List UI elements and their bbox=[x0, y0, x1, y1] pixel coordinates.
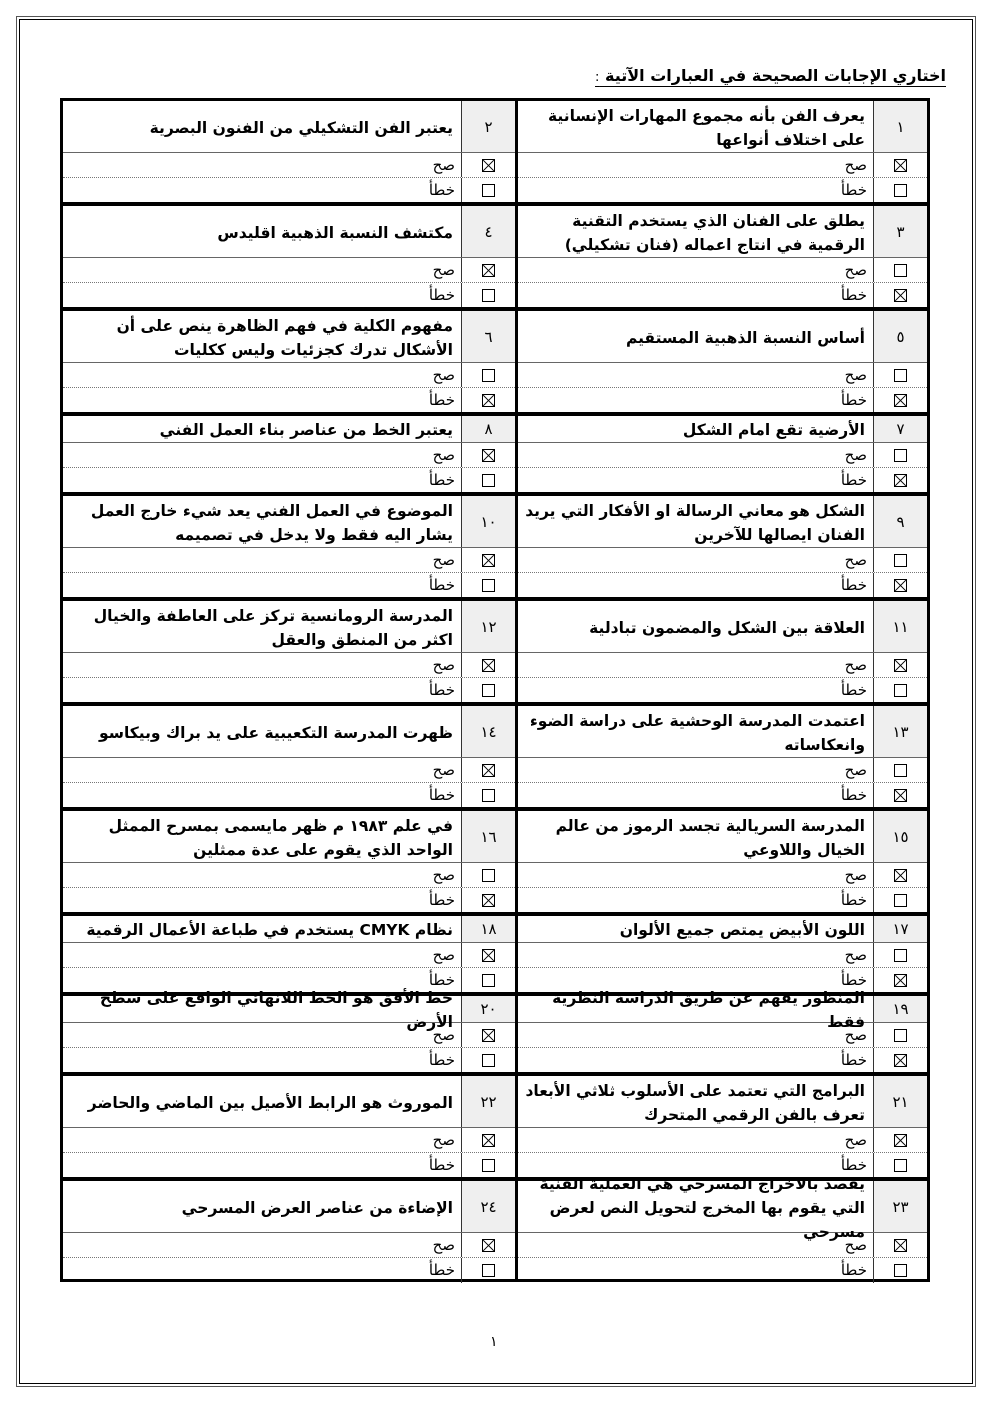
empty-checkbox-icon[interactable] bbox=[894, 949, 907, 962]
option-false-row[interactable]: خطأ bbox=[514, 1258, 927, 1283]
empty-checkbox-icon[interactable] bbox=[482, 789, 495, 802]
question-number: ١٠ bbox=[461, 496, 515, 547]
checkbox-cell[interactable] bbox=[873, 468, 927, 493]
question-text: الأرضية تقع امام الشكل bbox=[514, 416, 873, 442]
question-block: ٢٠خط الأفق هو الخط اللانهائي الواقع على … bbox=[63, 992, 515, 1073]
question-row: ٣يطلق على الفنان الذي يستخدم التقنية الر… bbox=[514, 206, 927, 258]
checked-checkbox-icon[interactable] bbox=[482, 1029, 495, 1042]
question-row: ١١العلاقة بين الشكل والمضمون تبادلية bbox=[514, 601, 927, 653]
option-true-label: صح bbox=[514, 1023, 873, 1047]
option-false-label: خطأ bbox=[63, 1048, 461, 1073]
checkbox-cell[interactable] bbox=[461, 1153, 515, 1178]
option-false-label: خطأ bbox=[63, 283, 461, 308]
question-statement: يعرف الفن بأنه مجموع المهارات الإنسانية … bbox=[522, 104, 865, 152]
question-number: ١٥ bbox=[873, 811, 927, 862]
question-block: ١٧اللون الأبيض يمتص جميع الألوانصحخطأ bbox=[514, 912, 927, 993]
question-row: ٢٣يقصد بالاخراج المسرحي هي العملية الفني… bbox=[514, 1181, 927, 1233]
option-false-label: خطأ bbox=[514, 468, 873, 493]
question-block: ٢٢الموروث هو الرابط الأصيل بين الماضي وا… bbox=[63, 1072, 515, 1178]
option-false-row[interactable]: خطأ bbox=[63, 573, 515, 598]
empty-checkbox-icon[interactable] bbox=[894, 894, 907, 907]
checked-checkbox-icon[interactable] bbox=[894, 289, 907, 302]
question-block: ١٣اعتمدت المدرسة الوحشية على دراسة الضوء… bbox=[514, 702, 927, 808]
question-block: ١٤ظهرت المدرسة التكعيبية على يد براك وبي… bbox=[63, 702, 515, 808]
option-true-label: صح bbox=[514, 758, 873, 782]
question-statement: يعتبر الخط من عناصر بناء العمل الفني bbox=[71, 418, 453, 442]
option-true-row[interactable]: صح bbox=[514, 653, 927, 678]
title-colon: : bbox=[595, 70, 599, 85]
question-block: ٢٤الإضاءة من عناصر العرض المسرحيصحخطأ bbox=[63, 1177, 515, 1283]
option-true-label: صح bbox=[514, 863, 873, 887]
option-false-label: خطأ bbox=[514, 573, 873, 598]
empty-checkbox-icon[interactable] bbox=[482, 369, 495, 382]
option-true-label: صح bbox=[63, 1128, 461, 1152]
option-true-label: صح bbox=[63, 758, 461, 782]
question-number: ١٦ bbox=[461, 811, 515, 862]
option-true-label: صح bbox=[514, 1128, 873, 1152]
checkbox-cell[interactable] bbox=[461, 283, 515, 308]
checked-checkbox-icon[interactable] bbox=[482, 1134, 495, 1147]
checkbox-cell[interactable] bbox=[461, 888, 515, 913]
option-false-label: خطأ bbox=[514, 178, 873, 203]
question-block: ٥أساس النسبة الذهبية المستقيمصحخطأ bbox=[514, 307, 927, 413]
checkbox-cell[interactable] bbox=[461, 1258, 515, 1283]
question-statement: يطلق على الفنان الذي يستخدم التقنية الرق… bbox=[522, 209, 865, 257]
checkbox-cell[interactable] bbox=[461, 468, 515, 493]
page-number: ١ bbox=[490, 1334, 498, 1350]
question-text: نظام CMYK يستخدم في طباعة الأعمال الرقمي… bbox=[63, 916, 461, 942]
checkbox-cell[interactable] bbox=[873, 1233, 927, 1257]
checkbox-cell[interactable] bbox=[873, 573, 927, 598]
page-title: اختاري الإجابات الصحيحة في العبارات الآت… bbox=[595, 66, 946, 85]
checked-checkbox-icon[interactable] bbox=[482, 159, 495, 172]
question-row: ٢٠خط الأفق هو الخط اللانهائي الواقع على … bbox=[63, 996, 515, 1023]
empty-checkbox-icon[interactable] bbox=[482, 184, 495, 197]
option-false-label: خطأ bbox=[63, 783, 461, 808]
checkbox-cell[interactable] bbox=[461, 443, 515, 467]
option-true-label: صح bbox=[63, 443, 461, 467]
question-block: ٤مكتشف النسبة الذهبية اقليدسصحخطأ bbox=[63, 202, 515, 308]
option-true-row[interactable]: صح bbox=[514, 1128, 927, 1153]
option-false-row[interactable]: خطأ bbox=[514, 783, 927, 808]
option-false-row[interactable]: خطأ bbox=[63, 1048, 515, 1073]
checked-checkbox-icon[interactable] bbox=[482, 659, 495, 672]
empty-checkbox-icon[interactable] bbox=[894, 1264, 907, 1277]
question-block: ١٥المدرسة السريالية تجسد الرموز من عالم … bbox=[514, 807, 927, 913]
checkbox-cell[interactable] bbox=[873, 258, 927, 282]
option-true-label: صح bbox=[63, 258, 461, 282]
option-false-label: خطأ bbox=[63, 678, 461, 703]
question-number: ١٧ bbox=[873, 916, 927, 942]
checkbox-cell[interactable] bbox=[461, 758, 515, 782]
question-text: المدرسة السريالية تجسد الرموز من عالم ال… bbox=[514, 811, 873, 862]
checkbox-cell[interactable] bbox=[873, 1128, 927, 1152]
question-row: ١٧اللون الأبيض يمتص جميع الألوان bbox=[514, 916, 927, 943]
checkbox-cell[interactable] bbox=[873, 548, 927, 572]
option-true-label: صح bbox=[63, 548, 461, 572]
question-text: يطلق على الفنان الذي يستخدم التقنية الرق… bbox=[514, 206, 873, 257]
question-statement: الشكل هو معاني الرسالة او الأفكار التي ي… bbox=[522, 499, 865, 547]
empty-checkbox-icon[interactable] bbox=[482, 579, 495, 592]
question-statement: الموضوع في العمل الفني يعد شيء خارج العم… bbox=[71, 499, 453, 547]
question-block: ٢٣يقصد بالاخراج المسرحي هي العملية الفني… bbox=[514, 1177, 927, 1283]
empty-checkbox-icon[interactable] bbox=[482, 474, 495, 487]
option-true-row[interactable]: صح bbox=[514, 863, 927, 888]
checkbox-cell[interactable] bbox=[461, 258, 515, 282]
question-block: ١٩المنظور يفهم عن طريق الدراسة النظرية ف… bbox=[514, 992, 927, 1073]
question-row: ١٢المدرسة الرومانسية تركز على العاطفة وا… bbox=[63, 601, 515, 653]
question-row: ٥أساس النسبة الذهبية المستقيم bbox=[514, 311, 927, 363]
question-row: ٨يعتبر الخط من عناصر بناء العمل الفني bbox=[63, 416, 515, 443]
question-number: ٦ bbox=[461, 311, 515, 362]
question-number: ٢٤ bbox=[461, 1181, 515, 1232]
checked-checkbox-icon[interactable] bbox=[482, 394, 495, 407]
empty-checkbox-icon[interactable] bbox=[894, 1029, 907, 1042]
question-row: ١يعرف الفن بأنه مجموع المهارات الإنسانية… bbox=[514, 101, 927, 153]
question-text: يقصد بالاخراج المسرحي هي العملية الفنية … bbox=[514, 1181, 873, 1232]
option-false-label: خطأ bbox=[514, 783, 873, 808]
checked-checkbox-icon[interactable] bbox=[482, 949, 495, 962]
question-statement: ظهرت المدرسة التكعيبية على يد براك وبيكا… bbox=[71, 721, 453, 745]
empty-checkbox-icon[interactable] bbox=[894, 554, 907, 567]
option-true-row[interactable]: صح bbox=[63, 548, 515, 573]
checkbox-cell[interactable] bbox=[873, 443, 927, 467]
checked-checkbox-icon[interactable] bbox=[482, 264, 495, 277]
title-text: اختاري الإجابات الصحيحة في العبارات الآت… bbox=[605, 66, 946, 85]
question-block: ١٨نظام CMYK يستخدم في طباعة الأعمال الرق… bbox=[63, 912, 515, 993]
question-statement: يعتبر الفن التشكيلي من الفنون البصرية bbox=[71, 116, 453, 140]
option-true-label: صح bbox=[514, 258, 873, 282]
question-text: المنظور يفهم عن طريق الدراسة النظرية فقط bbox=[514, 996, 873, 1022]
true-false-table: ١يعرف الفن بأنه مجموع المهارات الإنسانية… bbox=[60, 98, 930, 1282]
option-false-row[interactable]: خطأ bbox=[63, 888, 515, 913]
checkbox-cell[interactable] bbox=[461, 388, 515, 413]
question-number: ٣ bbox=[873, 206, 927, 257]
option-false-row[interactable]: خطأ bbox=[63, 283, 515, 308]
checkbox-cell[interactable] bbox=[873, 178, 927, 203]
option-true-label: صح bbox=[63, 863, 461, 887]
question-number: ٧ bbox=[873, 416, 927, 442]
question-block: ٢يعتبر الفن التشكيلي من الفنون البصريةصح… bbox=[63, 101, 515, 203]
question-row: ١٥المدرسة السريالية تجسد الرموز من عالم … bbox=[514, 811, 927, 863]
checkbox-cell[interactable] bbox=[873, 153, 927, 177]
question-statement: الموروث هو الرابط الأصيل بين الماضي والح… bbox=[71, 1091, 453, 1115]
empty-checkbox-icon[interactable] bbox=[894, 1159, 907, 1172]
question-statement: العلاقة بين الشكل والمضمون تبادلية bbox=[522, 616, 865, 640]
empty-checkbox-icon[interactable] bbox=[894, 764, 907, 777]
option-true-row[interactable]: صح bbox=[63, 258, 515, 283]
checkbox-cell[interactable] bbox=[461, 153, 515, 177]
checkbox-cell[interactable] bbox=[461, 943, 515, 967]
option-true-label: صح bbox=[514, 943, 873, 967]
checked-checkbox-icon[interactable] bbox=[894, 869, 907, 882]
option-false-row[interactable]: خطأ bbox=[514, 888, 927, 913]
checkbox-cell[interactable] bbox=[461, 548, 515, 572]
checkbox-cell[interactable] bbox=[873, 363, 927, 387]
question-row: ٢يعتبر الفن التشكيلي من الفنون البصرية bbox=[63, 101, 515, 153]
question-row: ١٦في علم ١٩٨٣ م ظهر مايسمى بمسرح الممثل … bbox=[63, 811, 515, 863]
question-text: في علم ١٩٨٣ م ظهر مايسمى بمسرح الممثل ال… bbox=[63, 811, 461, 862]
option-true-row[interactable]: صح bbox=[63, 443, 515, 468]
option-false-label: خطأ bbox=[514, 388, 873, 413]
checkbox-cell[interactable] bbox=[873, 1153, 927, 1178]
checked-checkbox-icon[interactable] bbox=[482, 1239, 495, 1252]
empty-checkbox-icon[interactable] bbox=[894, 684, 907, 697]
question-text: مكتشف النسبة الذهبية اقليدس bbox=[63, 206, 461, 257]
checkbox-cell[interactable] bbox=[461, 1023, 515, 1047]
option-false-row[interactable]: خطأ bbox=[63, 678, 515, 703]
question-statement: اللون الأبيض يمتص جميع الألوان bbox=[522, 918, 865, 942]
empty-checkbox-icon[interactable] bbox=[894, 264, 907, 277]
checked-checkbox-icon[interactable] bbox=[482, 554, 495, 567]
option-true-label: صح bbox=[514, 548, 873, 572]
checked-checkbox-icon[interactable] bbox=[894, 1054, 907, 1067]
question-row: ١٤ظهرت المدرسة التكعيبية على يد براك وبي… bbox=[63, 706, 515, 758]
option-true-row[interactable]: صح bbox=[63, 653, 515, 678]
question-number: ٢٠ bbox=[461, 996, 515, 1022]
option-true-row[interactable]: صح bbox=[514, 943, 927, 968]
checkbox-cell[interactable] bbox=[873, 1048, 927, 1073]
empty-checkbox-icon[interactable] bbox=[482, 974, 495, 987]
checked-checkbox-icon[interactable] bbox=[894, 1239, 907, 1252]
question-number: ١٢ bbox=[461, 601, 515, 652]
option-true-label: صح bbox=[63, 1023, 461, 1047]
checkbox-cell[interactable] bbox=[873, 783, 927, 808]
checkbox-cell[interactable] bbox=[873, 943, 927, 967]
option-false-row[interactable]: خطأ bbox=[514, 1048, 927, 1073]
option-false-row[interactable]: خطأ bbox=[63, 178, 515, 203]
option-true-row[interactable]: صح bbox=[63, 153, 515, 178]
question-row: ١٨نظام CMYK يستخدم في طباعة الأعمال الرق… bbox=[63, 916, 515, 943]
option-true-label: صح bbox=[63, 943, 461, 967]
option-true-row[interactable]: صح bbox=[514, 258, 927, 283]
checked-checkbox-icon[interactable] bbox=[482, 894, 495, 907]
question-text: اللون الأبيض يمتص جميع الألوان bbox=[514, 916, 873, 942]
checkbox-cell[interactable] bbox=[873, 678, 927, 703]
checked-checkbox-icon[interactable] bbox=[894, 789, 907, 802]
option-false-row[interactable]: خطأ bbox=[63, 468, 515, 493]
question-statement: الأرضية تقع امام الشكل bbox=[522, 418, 865, 442]
checkbox-cell[interactable] bbox=[461, 678, 515, 703]
option-false-label: خطأ bbox=[63, 1258, 461, 1283]
option-false-label: خطأ bbox=[514, 283, 873, 308]
question-number: ٢٣ bbox=[873, 1181, 927, 1232]
option-true-row[interactable]: صح bbox=[63, 1233, 515, 1258]
question-text: ظهرت المدرسة التكعيبية على يد براك وبيكا… bbox=[63, 706, 461, 757]
checkbox-cell[interactable] bbox=[461, 653, 515, 677]
question-number: ٩ bbox=[873, 496, 927, 547]
checkbox-cell[interactable] bbox=[873, 863, 927, 887]
option-false-label: خطأ bbox=[514, 1258, 873, 1283]
question-text: يعتبر الفن التشكيلي من الفنون البصرية bbox=[63, 101, 461, 152]
option-true-row[interactable]: صح bbox=[514, 443, 927, 468]
empty-checkbox-icon[interactable] bbox=[894, 449, 907, 462]
option-true-row[interactable]: صح bbox=[63, 1023, 515, 1048]
checked-checkbox-icon[interactable] bbox=[894, 579, 907, 592]
checked-checkbox-icon[interactable] bbox=[482, 764, 495, 777]
option-true-row[interactable]: صح bbox=[514, 1233, 927, 1258]
question-row: ٤مكتشف النسبة الذهبية اقليدس bbox=[63, 206, 515, 258]
question-number: ٢ bbox=[461, 101, 515, 152]
checkbox-cell[interactable] bbox=[461, 1233, 515, 1257]
checkbox-cell[interactable] bbox=[461, 863, 515, 887]
question-row: ٩الشكل هو معاني الرسالة او الأفكار التي … bbox=[514, 496, 927, 548]
checkbox-cell[interactable] bbox=[873, 758, 927, 782]
checkbox-cell[interactable] bbox=[461, 1048, 515, 1073]
question-row: ٧الأرضية تقع امام الشكل bbox=[514, 416, 927, 443]
option-true-row[interactable]: صح bbox=[514, 1023, 927, 1048]
checkbox-cell[interactable] bbox=[873, 888, 927, 913]
question-row: ٢١البرامج التي تعتمد على الأسلوب ثلاثي ا… bbox=[514, 1076, 927, 1128]
question-text: خط الأفق هو الخط اللانهائي الواقع على سط… bbox=[63, 996, 461, 1022]
option-true-row[interactable]: صح bbox=[63, 363, 515, 388]
option-true-label: صح bbox=[63, 1233, 461, 1257]
option-false-row[interactable]: خطأ bbox=[514, 573, 927, 598]
question-text: مفهوم الكلية في فهم الظاهرة ينص على أن ا… bbox=[63, 311, 461, 362]
option-false-row[interactable]: خطأ bbox=[63, 1258, 515, 1283]
empty-checkbox-icon[interactable] bbox=[482, 684, 495, 697]
empty-checkbox-icon[interactable] bbox=[894, 184, 907, 197]
question-row: ٢٢الموروث هو الرابط الأصيل بين الماضي وا… bbox=[63, 1076, 515, 1128]
empty-checkbox-icon[interactable] bbox=[482, 1159, 495, 1172]
question-block: ١٠الموضوع في العمل الفني يعد شيء خارج ال… bbox=[63, 492, 515, 598]
question-text: الشكل هو معاني الرسالة او الأفكار التي ي… bbox=[514, 496, 873, 547]
question-block: ٨يعتبر الخط من عناصر بناء العمل الفنيصحخ… bbox=[63, 412, 515, 493]
question-block: ١٦في علم ١٩٨٣ م ظهر مايسمى بمسرح الممثل … bbox=[63, 807, 515, 913]
question-row: ٦مفهوم الكلية في فهم الظاهرة ينص على أن … bbox=[63, 311, 515, 363]
checkbox-cell[interactable] bbox=[461, 1128, 515, 1152]
question-block: ٦مفهوم الكلية في فهم الظاهرة ينص على أن … bbox=[63, 307, 515, 413]
checkbox-cell[interactable] bbox=[461, 178, 515, 203]
option-true-label: صح bbox=[514, 363, 873, 387]
option-true-label: صح bbox=[63, 363, 461, 387]
question-number: ١٤ bbox=[461, 706, 515, 757]
empty-checkbox-icon[interactable] bbox=[482, 1264, 495, 1277]
question-block: ١٢المدرسة الرومانسية تركز على العاطفة وا… bbox=[63, 597, 515, 703]
empty-checkbox-icon[interactable] bbox=[894, 369, 907, 382]
question-statement: المدرسة الرومانسية تركز على العاطفة والخ… bbox=[71, 604, 453, 652]
question-number: ١٩ bbox=[873, 996, 927, 1022]
question-text: يعرف الفن بأنه مجموع المهارات الإنسانية … bbox=[514, 101, 873, 152]
checked-checkbox-icon[interactable] bbox=[894, 659, 907, 672]
option-true-label: صح bbox=[63, 653, 461, 677]
question-statement: نظام CMYK يستخدم في طباعة الأعمال الرقمي… bbox=[71, 918, 453, 942]
option-false-label: خطأ bbox=[63, 1153, 461, 1178]
empty-checkbox-icon[interactable] bbox=[482, 869, 495, 882]
option-true-row[interactable]: صح bbox=[514, 548, 927, 573]
checkbox-cell[interactable] bbox=[873, 968, 927, 993]
checkbox-cell[interactable] bbox=[873, 283, 927, 308]
empty-checkbox-icon[interactable] bbox=[482, 1054, 495, 1067]
question-statement: في علم ١٩٨٣ م ظهر مايسمى بمسرح الممثل ال… bbox=[71, 814, 453, 862]
checkbox-cell[interactable] bbox=[461, 573, 515, 598]
option-false-row[interactable]: خطأ bbox=[514, 178, 927, 203]
checked-checkbox-icon[interactable] bbox=[894, 1134, 907, 1147]
question-number: ١ bbox=[873, 101, 927, 152]
checked-checkbox-icon[interactable] bbox=[894, 474, 907, 487]
option-false-label: خطأ bbox=[63, 468, 461, 493]
option-true-row[interactable]: صح bbox=[63, 758, 515, 783]
option-false-label: خطأ bbox=[63, 888, 461, 913]
question-text: البرامج التي تعتمد على الأسلوب ثلاثي الأ… bbox=[514, 1076, 873, 1127]
question-row: ١٣اعتمدت المدرسة الوحشية على دراسة الضوء… bbox=[514, 706, 927, 758]
question-block: ٣يطلق على الفنان الذي يستخدم التقنية الر… bbox=[514, 202, 927, 308]
question-number: ١٣ bbox=[873, 706, 927, 757]
question-text: الموضوع في العمل الفني يعد شيء خارج العم… bbox=[63, 496, 461, 547]
option-false-row[interactable]: خطأ bbox=[63, 1153, 515, 1178]
checkbox-cell[interactable] bbox=[873, 1258, 927, 1283]
option-false-label: خطأ bbox=[514, 1048, 873, 1073]
option-false-row[interactable]: خطأ bbox=[514, 678, 927, 703]
question-number: ٢٢ bbox=[461, 1076, 515, 1127]
checkbox-cell[interactable] bbox=[873, 1023, 927, 1047]
option-true-label: صح bbox=[514, 1233, 873, 1257]
question-row: ١٩المنظور يفهم عن طريق الدراسة النظرية ف… bbox=[514, 996, 927, 1023]
option-true-row[interactable]: صح bbox=[514, 153, 927, 178]
option-false-row[interactable]: خطأ bbox=[514, 468, 927, 493]
checked-checkbox-icon[interactable] bbox=[894, 394, 907, 407]
empty-checkbox-icon[interactable] bbox=[482, 289, 495, 302]
question-text: العلاقة بين الشكل والمضمون تبادلية bbox=[514, 601, 873, 652]
question-block: ٧الأرضية تقع امام الشكلصحخطأ bbox=[514, 412, 927, 493]
right-column: ١يعرف الفن بأنه مجموع المهارات الإنسانية… bbox=[514, 101, 927, 1279]
checkbox-cell[interactable] bbox=[461, 363, 515, 387]
option-true-label: صح bbox=[63, 153, 461, 177]
option-false-label: خطأ bbox=[514, 678, 873, 703]
left-column: ٢يعتبر الفن التشكيلي من الفنون البصريةصح… bbox=[63, 101, 518, 1279]
question-text: يعتبر الخط من عناصر بناء العمل الفني bbox=[63, 416, 461, 442]
option-false-row[interactable]: خطأ bbox=[63, 388, 515, 413]
question-block: ٢١البرامج التي تعتمد على الأسلوب ثلاثي ا… bbox=[514, 1072, 927, 1178]
question-statement: اعتمدت المدرسة الوحشية على دراسة الضوء و… bbox=[522, 709, 865, 757]
question-number: ١٨ bbox=[461, 916, 515, 942]
question-statement: المدرسة السريالية تجسد الرموز من عالم ال… bbox=[522, 814, 865, 862]
question-text: أساس النسبة الذهبية المستقيم bbox=[514, 311, 873, 362]
option-true-row[interactable]: صح bbox=[63, 943, 515, 968]
option-false-label: خطأ bbox=[63, 573, 461, 598]
option-true-row[interactable]: صح bbox=[63, 1128, 515, 1153]
option-false-label: خطأ bbox=[63, 388, 461, 413]
question-block: ١١العلاقة بين الشكل والمضمون تبادليةصحخط… bbox=[514, 597, 927, 703]
question-row: ٢٤الإضاءة من عناصر العرض المسرحي bbox=[63, 1181, 515, 1233]
question-number: ٢١ bbox=[873, 1076, 927, 1127]
question-statement: البرامج التي تعتمد على الأسلوب ثلاثي الأ… bbox=[522, 1079, 865, 1127]
checkbox-cell[interactable] bbox=[873, 653, 927, 677]
checkbox-cell[interactable] bbox=[873, 388, 927, 413]
question-text: اعتمدت المدرسة الوحشية على دراسة الضوء و… bbox=[514, 706, 873, 757]
checkbox-cell[interactable] bbox=[461, 968, 515, 993]
option-true-row[interactable]: صح bbox=[514, 758, 927, 783]
checked-checkbox-icon[interactable] bbox=[482, 449, 495, 462]
checked-checkbox-icon[interactable] bbox=[894, 159, 907, 172]
question-number: ٤ bbox=[461, 206, 515, 257]
option-false-row[interactable]: خطأ bbox=[514, 388, 927, 413]
option-true-row[interactable]: صح bbox=[514, 363, 927, 388]
option-false-label: خطأ bbox=[514, 888, 873, 913]
option-false-row[interactable]: خطأ bbox=[63, 783, 515, 808]
question-statement: مكتشف النسبة الذهبية اقليدس bbox=[71, 221, 453, 245]
question-number: ١١ bbox=[873, 601, 927, 652]
question-number: ٨ bbox=[461, 416, 515, 442]
question-text: الموروث هو الرابط الأصيل بين الماضي والح… bbox=[63, 1076, 461, 1127]
checked-checkbox-icon[interactable] bbox=[894, 974, 907, 987]
checkbox-cell[interactable] bbox=[461, 783, 515, 808]
option-false-row[interactable]: خطأ bbox=[514, 283, 927, 308]
option-true-label: صح bbox=[514, 653, 873, 677]
option-true-row[interactable]: صح bbox=[63, 863, 515, 888]
option-true-label: صح bbox=[514, 153, 873, 177]
question-statement: مفهوم الكلية في فهم الظاهرة ينص على أن ا… bbox=[71, 314, 453, 362]
